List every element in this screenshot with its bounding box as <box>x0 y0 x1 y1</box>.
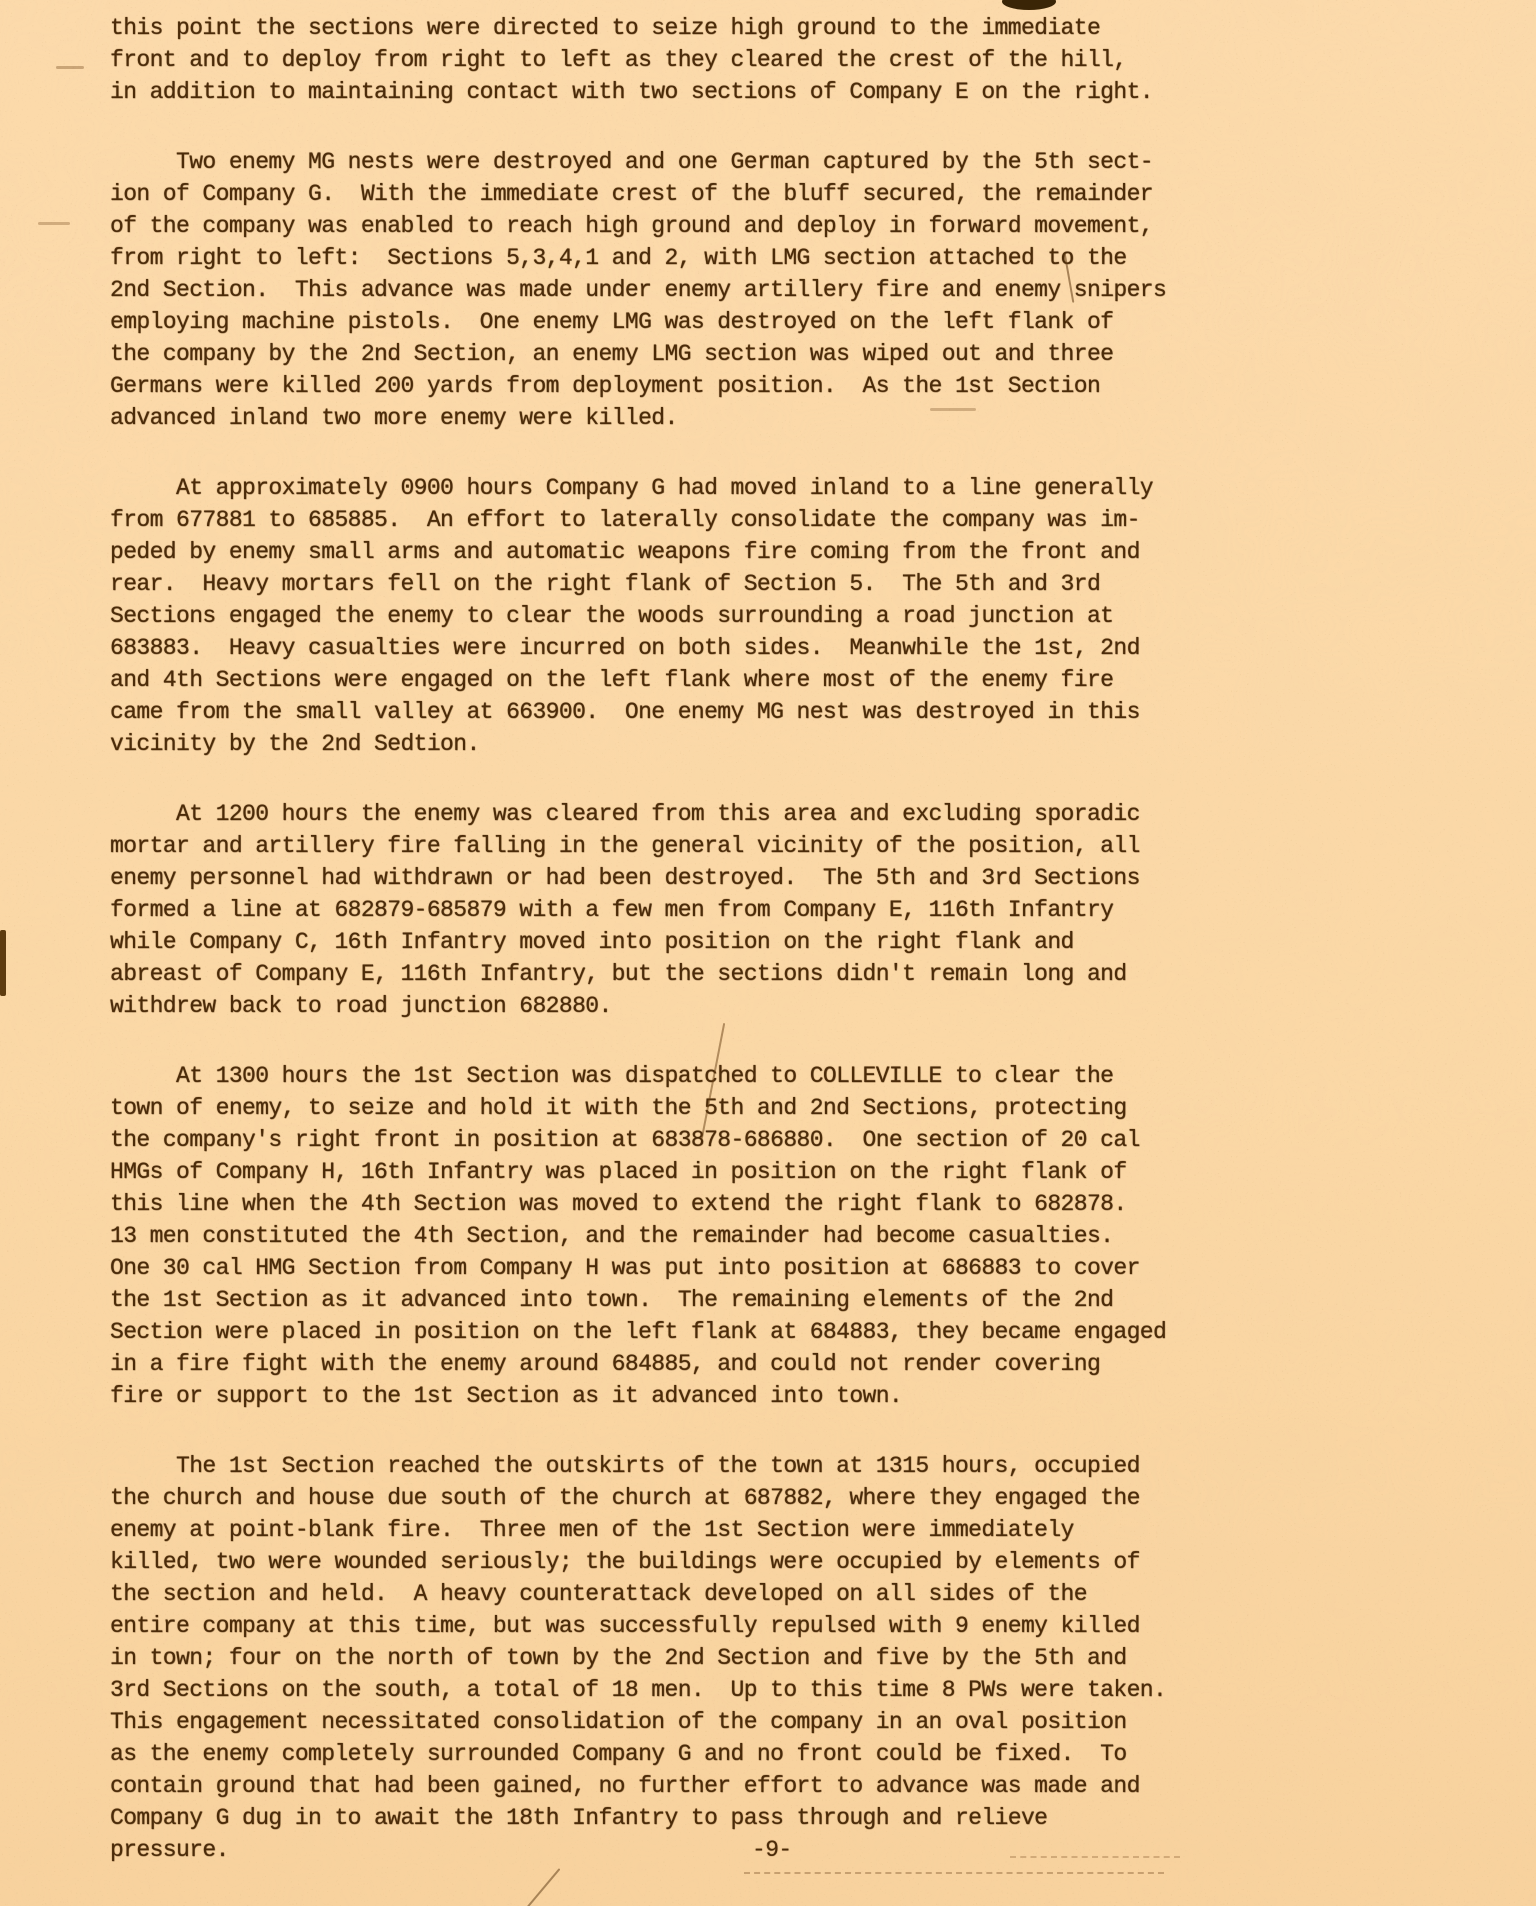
page-number: -9- <box>752 1834 792 1866</box>
paragraph-0900-hours: At approximately 0900 hours Company G ha… <box>110 472 1536 760</box>
stray-mark <box>744 1872 1164 1874</box>
stray-mark <box>1010 1856 1180 1858</box>
typewritten-document-page: this point the sections were directed to… <box>0 0 1536 1906</box>
document-body: this point the sections were directed to… <box>0 0 1536 1904</box>
stray-mark <box>930 408 976 411</box>
paragraph-mg-nests: Two enemy MG nests were destroyed and on… <box>110 146 1536 434</box>
paragraph-1300-hours: At 1300 hours the 1st Section was dispat… <box>110 1060 1536 1412</box>
stray-mark <box>38 222 70 225</box>
stray-mark <box>56 66 84 69</box>
paragraph-continuation: this point the sections were directed to… <box>110 12 1536 108</box>
paragraph-1315-hours: The 1st Section reached the outskirts of… <box>110 1450 1536 1866</box>
paragraph-1200-hours: At 1200 hours the enemy was cleared from… <box>110 798 1536 1022</box>
edge-ink-bar <box>0 930 6 996</box>
